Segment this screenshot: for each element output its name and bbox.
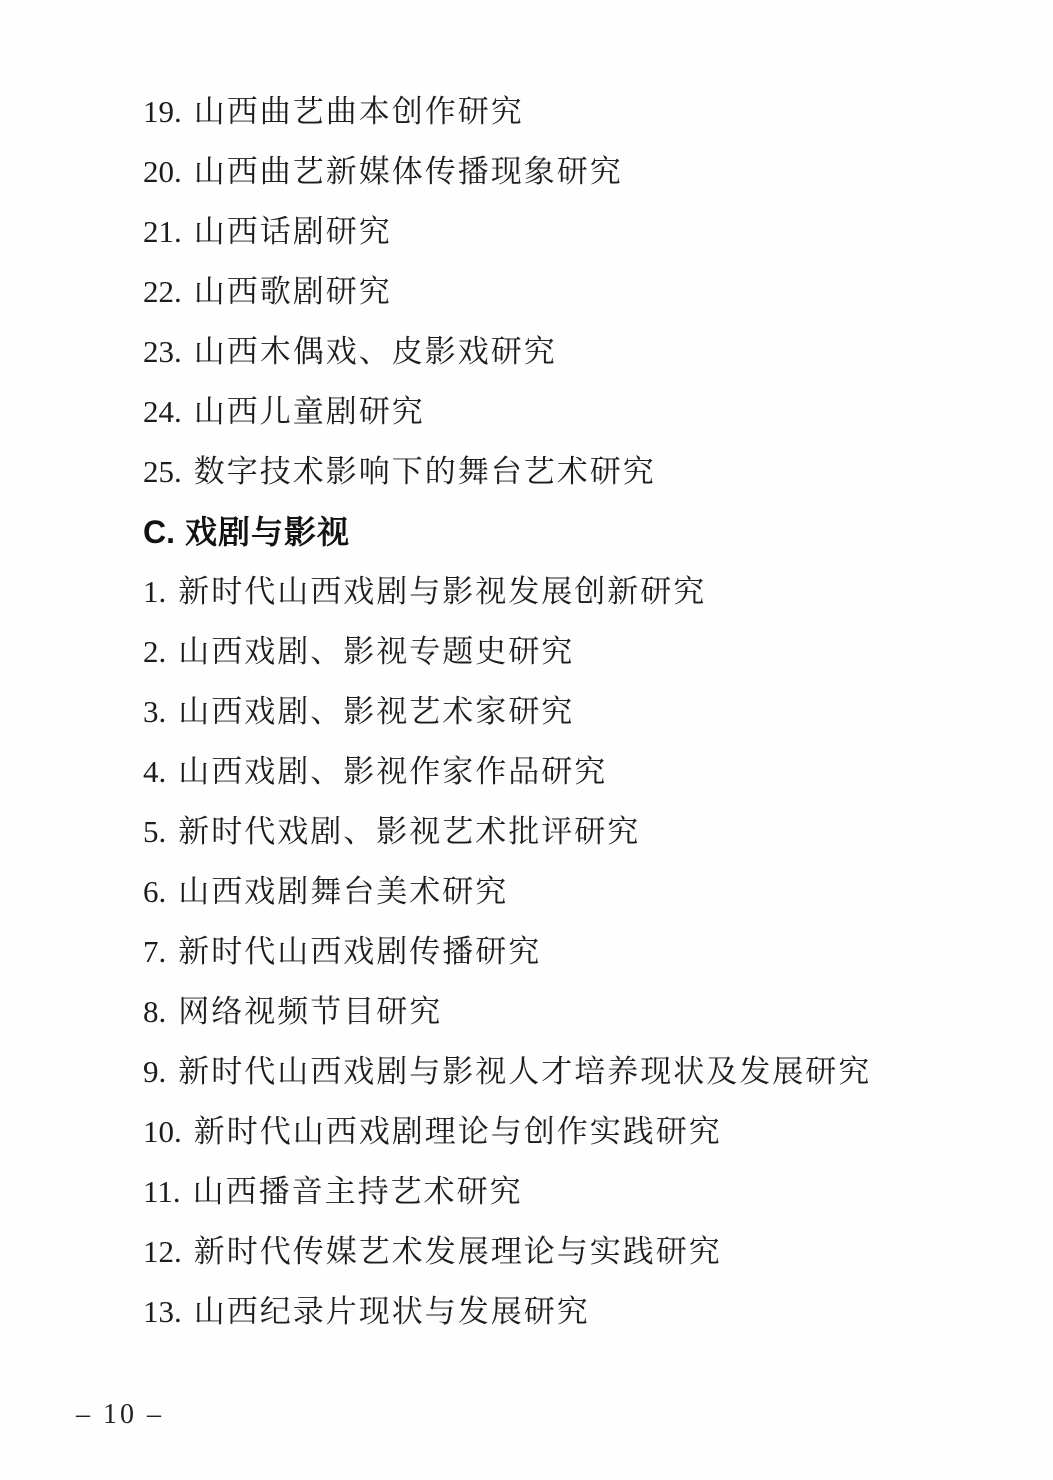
list-item-3: 3.山西戏剧、影视艺术家研究	[143, 682, 1003, 742]
list-item-21: 21.山西话剧研究	[143, 202, 1003, 262]
page-number: – 10 –	[76, 1395, 164, 1435]
document-body: 19.山西曲艺曲本创作研究 20.山西曲艺新媒体传播现象研究 21.山西话剧研究…	[143, 82, 1003, 1342]
item-number: 13.	[143, 1294, 182, 1329]
item-number: 12.	[143, 1234, 182, 1269]
item-title: 新时代戏剧、影视艺术批评研究	[178, 814, 640, 849]
section-heading-c: C.戏剧与影视	[143, 502, 1003, 562]
item-number: 19.	[143, 94, 182, 129]
list-item-12: 12.新时代传媒艺术发展理论与实践研究	[143, 1222, 1003, 1282]
item-title: 山西戏剧、影视作家作品研究	[178, 754, 607, 789]
item-number: 3.	[143, 694, 166, 729]
item-title: 山西播音主持艺术研究	[193, 1174, 523, 1209]
item-number: 4.	[143, 754, 166, 789]
list-item-10: 10.新时代山西戏剧理论与创作实践研究	[143, 1102, 1003, 1162]
item-title: 新时代山西戏剧与影视发展创新研究	[178, 574, 706, 609]
list-item-22: 22.山西歌剧研究	[143, 262, 1003, 322]
list-item-5: 5.新时代戏剧、影视艺术批评研究	[143, 802, 1003, 862]
item-title: 山西纪录片现状与发展研究	[194, 1294, 590, 1329]
item-title: 山西木偶戏、皮影戏研究	[194, 334, 557, 369]
list-item-25: 25.数字技术影响下的舞台艺术研究	[143, 442, 1003, 502]
list-item-13: 13.山西纪录片现状与发展研究	[143, 1282, 1003, 1342]
item-title: 新时代传媒艺术发展理论与实践研究	[194, 1234, 722, 1269]
item-title: 山西戏剧、影视专题史研究	[178, 634, 574, 669]
item-number: 5.	[143, 814, 166, 849]
list-item-6: 6.山西戏剧舞台美术研究	[143, 862, 1003, 922]
item-title: 数字技术影响下的舞台艺术研究	[194, 454, 656, 489]
item-title: 山西歌剧研究	[194, 274, 392, 309]
list-item-2: 2.山西戏剧、影视专题史研究	[143, 622, 1003, 682]
item-title: 新时代山西戏剧与影视人才培养现状及发展研究	[178, 1054, 871, 1089]
item-number: 25.	[143, 454, 182, 489]
item-title: 山西戏剧、影视艺术家研究	[178, 694, 574, 729]
section-title: 戏剧与影视	[185, 514, 350, 550]
item-title: 山西曲艺曲本创作研究	[194, 94, 524, 129]
item-number: 6.	[143, 874, 166, 909]
list-item-9: 9.新时代山西戏剧与影视人才培养现状及发展研究	[143, 1042, 1003, 1102]
item-number: 11.	[143, 1174, 181, 1209]
item-title: 山西戏剧舞台美术研究	[178, 874, 508, 909]
item-number: 21.	[143, 214, 182, 249]
item-number: 20.	[143, 154, 182, 189]
item-number: 9.	[143, 1054, 166, 1089]
item-title: 山西儿童剧研究	[194, 394, 425, 429]
item-title: 山西话剧研究	[194, 214, 392, 249]
item-number: 23.	[143, 334, 182, 369]
list-item-7: 7.新时代山西戏剧传播研究	[143, 922, 1003, 982]
list-item-1: 1.新时代山西戏剧与影视发展创新研究	[143, 562, 1003, 622]
item-number: 10.	[143, 1114, 182, 1149]
item-number: 22.	[143, 274, 182, 309]
list-item-23: 23.山西木偶戏、皮影戏研究	[143, 322, 1003, 382]
item-title: 网络视频节目研究	[178, 994, 442, 1029]
list-item-11: 11.山西播音主持艺术研究	[143, 1162, 1003, 1222]
item-number: 7.	[143, 934, 166, 969]
item-title: 新时代山西戏剧传播研究	[178, 934, 541, 969]
list-item-24: 24.山西儿童剧研究	[143, 382, 1003, 442]
list-item-19: 19.山西曲艺曲本创作研究	[143, 82, 1003, 142]
item-number: 24.	[143, 394, 182, 429]
item-number: 1.	[143, 574, 166, 609]
item-number: 2.	[143, 634, 166, 669]
document-page: 19.山西曲艺曲本创作研究 20.山西曲艺新媒体传播现象研究 21.山西话剧研究…	[0, 0, 1053, 1480]
item-title: 新时代山西戏剧理论与创作实践研究	[194, 1114, 722, 1149]
section-label: C.	[143, 514, 175, 550]
item-title: 山西曲艺新媒体传播现象研究	[194, 154, 623, 189]
list-item-4: 4.山西戏剧、影视作家作品研究	[143, 742, 1003, 802]
item-number: 8.	[143, 994, 166, 1029]
list-item-8: 8.网络视频节目研究	[143, 982, 1003, 1042]
list-item-20: 20.山西曲艺新媒体传播现象研究	[143, 142, 1003, 202]
